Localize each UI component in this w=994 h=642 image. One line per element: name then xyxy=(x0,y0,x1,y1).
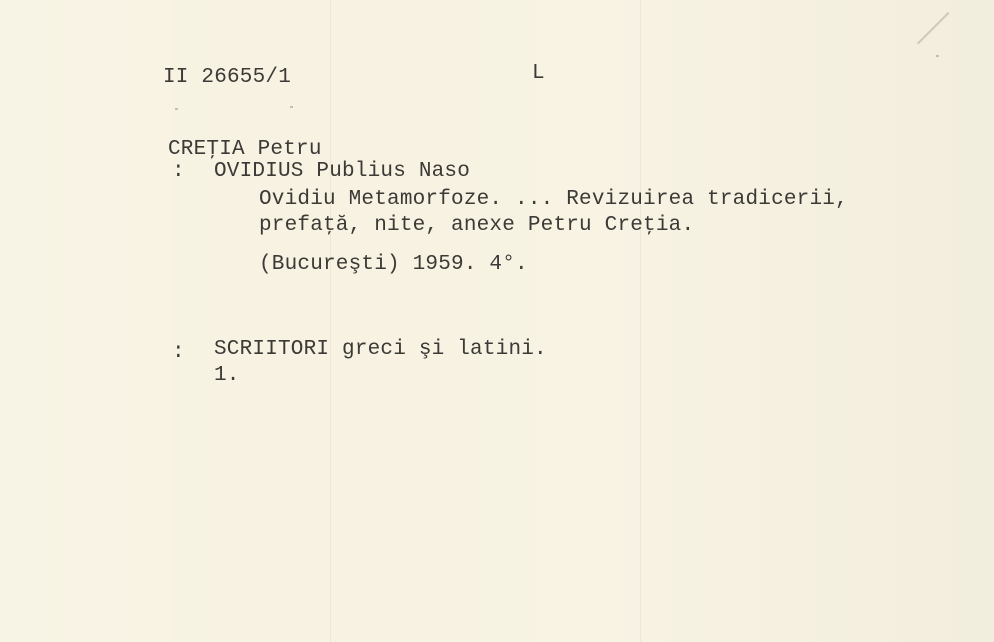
title-line-1: Ovidiu Metamorfoze. ... Revizuirea tradi… xyxy=(259,188,848,212)
catalog-card: II 26655/1 L CREŢIA Petru : OVIDIUS Publ… xyxy=(0,0,994,642)
imprint: (Bucureşti) 1959. 4°. xyxy=(259,253,528,277)
location-letter: L xyxy=(532,62,545,86)
series-number: 1. xyxy=(214,364,240,388)
series-name: SCRIITORI greci şi latini. xyxy=(214,338,547,362)
paper-speck xyxy=(175,108,178,110)
title-line-2: prefaţă, nite, anexe Petru Creţia. xyxy=(259,214,694,238)
paper-fold-line xyxy=(330,0,331,642)
pencil-mark xyxy=(917,12,950,45)
reference-marker: : xyxy=(172,160,185,184)
paper-speck xyxy=(290,106,293,108)
series-marker: : xyxy=(172,341,185,365)
paper-fold-line xyxy=(640,0,641,642)
paper-speck xyxy=(936,55,939,57)
shelfmark: II 26655/1 xyxy=(163,66,291,90)
author-heading: CREŢIA Petru xyxy=(168,138,322,162)
reference-name: OVIDIUS Publius Naso xyxy=(214,160,470,184)
